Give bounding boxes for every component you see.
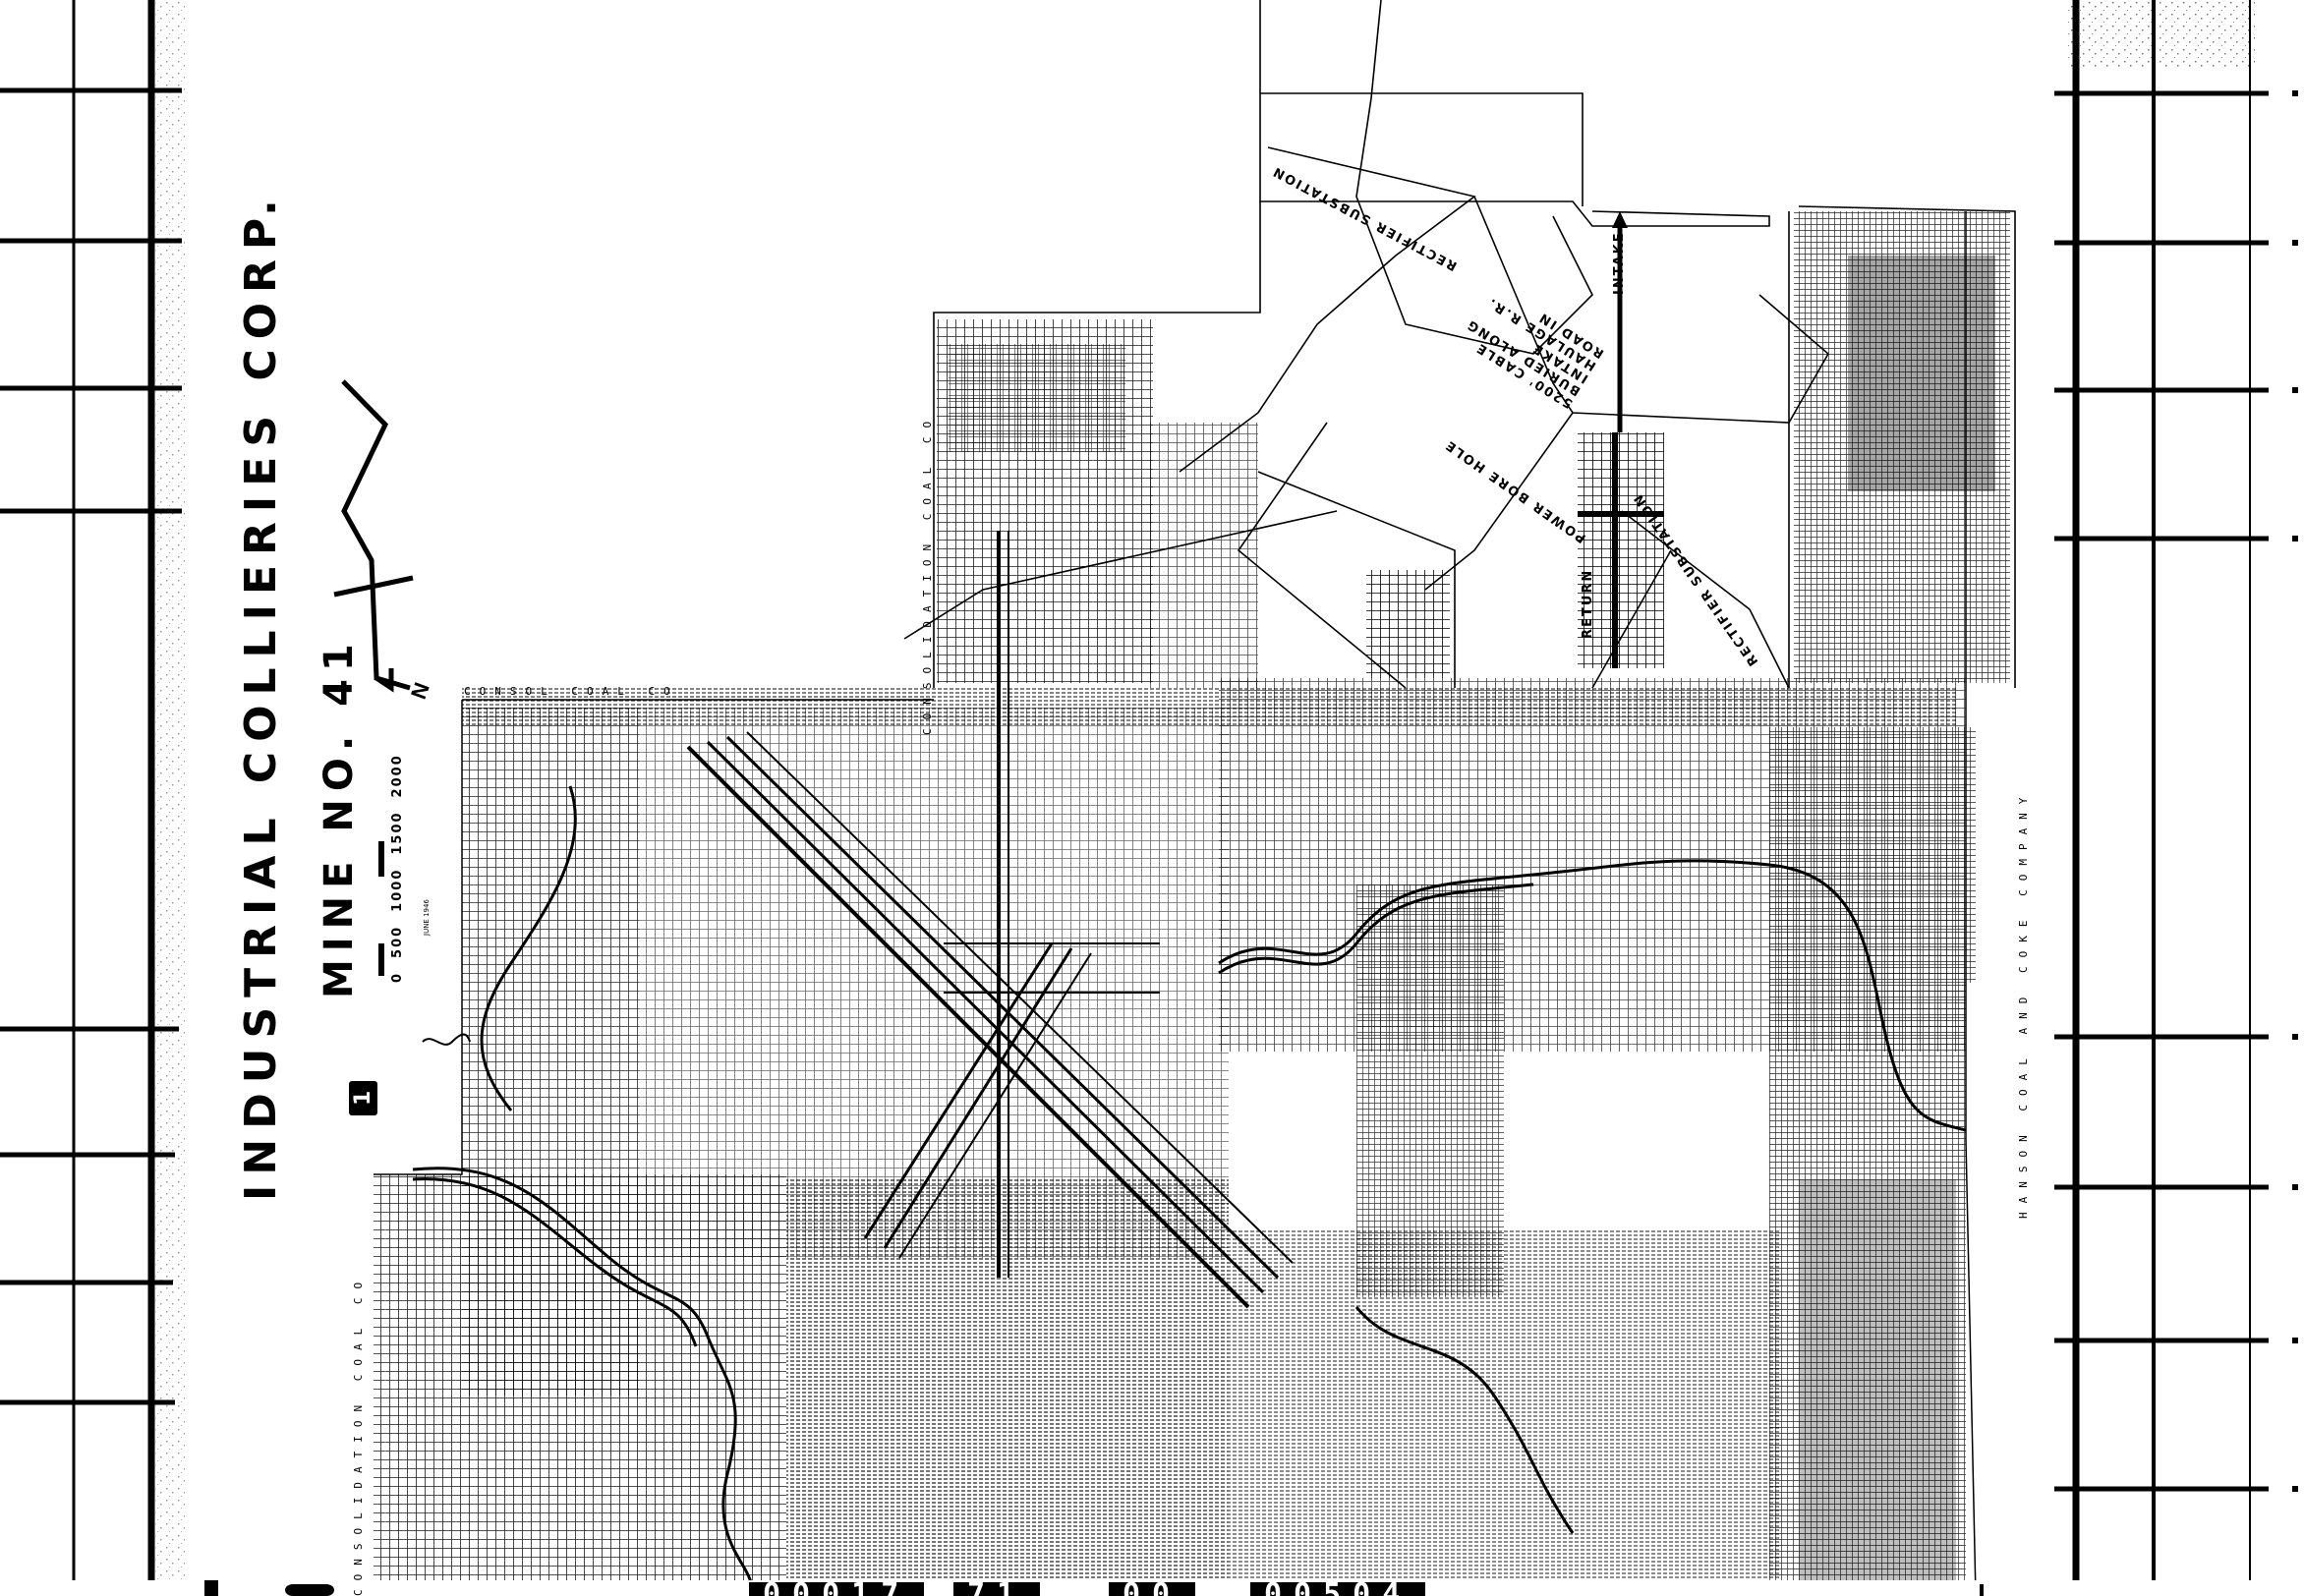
scale-tick-0: 0 <box>390 972 405 983</box>
mine-number: MINE NO. 41 <box>317 636 362 998</box>
scale-tick-1500: 1500 <box>390 811 405 854</box>
film-strip: 00017 71 00 00504 <box>0 1582 2304 1596</box>
map-title: INDUSTRIAL COLLIERIES CORP. <box>236 190 286 1201</box>
scale-bar: 0 500 1000 1500 2000 <box>390 754 405 983</box>
sheet-number-badge: 1 <box>349 1081 377 1115</box>
scale-tick-500: 500 <box>390 926 405 958</box>
film-frame-4: 00504 <box>1250 1582 1425 1596</box>
return-label: RETURN <box>1581 569 1595 639</box>
film-frame-3: 00 <box>1109 1582 1195 1596</box>
scale-tick-2000: 2000 <box>390 754 405 797</box>
consolidation-coal-label: CONSOLIDATION COAL CO <box>921 413 934 735</box>
left-border-grid <box>0 0 185 1596</box>
sheet-badge-wrap: 1 <box>351 1081 375 1115</box>
scale-tick-1000: 1000 <box>390 869 405 912</box>
intake-label: INTAKE <box>1612 231 1627 295</box>
consol-coal-label: CONSOL COAL CO <box>464 685 679 698</box>
map-date: JUNE 1946 <box>423 899 431 936</box>
hanson-coal-label: HANSON COAL AND COKE COMPANY <box>2017 789 2030 1219</box>
film-frame-1: 00017 <box>749 1582 924 1596</box>
consolidation-coal-bottom-label: CONSOLIDATION COAL CO <box>352 1274 365 1596</box>
right-border-grid <box>2054 0 2298 1596</box>
film-frame-2: 71 <box>953 1582 1040 1596</box>
